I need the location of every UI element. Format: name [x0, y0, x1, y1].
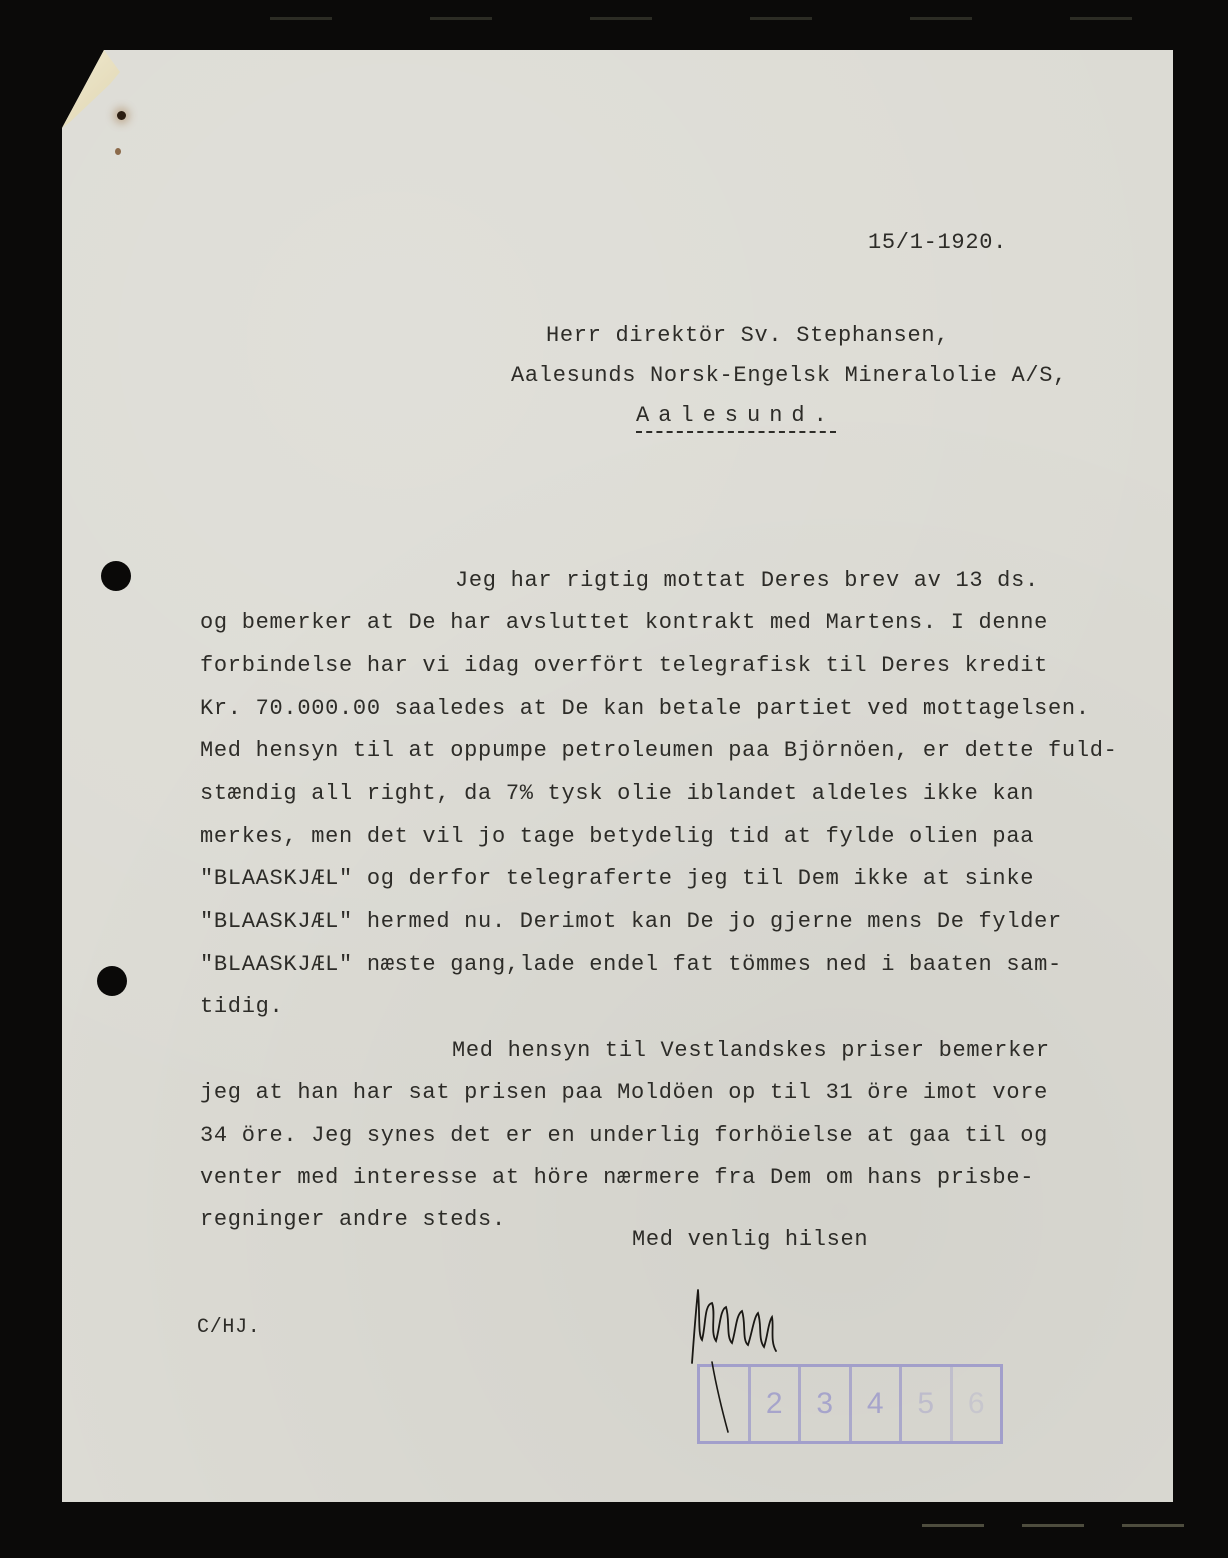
body-line: Kr. 70.000.00 saaledes at De kan betale …: [200, 698, 1090, 720]
rust-stain: [115, 148, 121, 155]
background-mark: [910, 17, 972, 20]
background-mark: [750, 17, 812, 20]
typist-initials: C/HJ.: [197, 1318, 261, 1338]
routing-stamp: 1 2 3 4 5 6: [697, 1364, 1003, 1444]
closing: Med venlig hilsen: [632, 1229, 868, 1251]
stamp-cell: 6: [953, 1367, 1001, 1441]
stamp-cell: 5: [902, 1367, 953, 1441]
body-line: Med hensyn til Vestlandskes priser bemer…: [452, 1040, 1050, 1062]
stamp-cell: 4: [852, 1367, 903, 1441]
stamp-cell: 3: [801, 1367, 852, 1441]
letter-page: [62, 50, 1173, 1502]
background-mark: [1122, 1524, 1184, 1527]
body-line: 34 öre. Jeg synes det er en underlig for…: [200, 1125, 1048, 1147]
body-line: Jeg har rigtig mottat Deres brev av 13 d…: [455, 570, 1039, 592]
check-mark-icon: [708, 1360, 738, 1435]
body-line: tidig.: [200, 996, 283, 1018]
rust-stain: [117, 111, 126, 120]
body-line: og bemerker at De har avsluttet kontrakt…: [200, 612, 1048, 634]
punch-hole: [101, 561, 131, 591]
background-mark: [430, 17, 492, 20]
background-mark: [1022, 1524, 1084, 1527]
body-line: "BLAASKJÆL" hermed nu. Derimot kan De jo…: [200, 911, 1062, 933]
stamp-cell: 2: [751, 1367, 802, 1441]
body-line: stændig all right, da 7% tysk olie iblan…: [200, 783, 1034, 805]
recipient-company: Aalesunds Norsk-Engelsk Mineralolie A/S,: [511, 365, 1067, 387]
background-mark: [1070, 17, 1132, 20]
recipient-city: Aalesund.: [636, 405, 836, 433]
signature: [684, 1285, 794, 1370]
body-line: "BLAASKJÆL" næste gang,lade endel fat tö…: [200, 954, 1062, 976]
background-mark: [270, 17, 332, 20]
body-line: forbindelse har vi idag overfört telegra…: [200, 655, 1048, 677]
body-line: jeg at han har sat prisen paa Moldöen op…: [200, 1082, 1048, 1104]
punch-hole: [97, 966, 127, 996]
letter-date: 15/1-1920.: [868, 232, 1007, 254]
background-mark: [590, 17, 652, 20]
body-line: "BLAASKJÆL" og derfor telegraferte jeg t…: [200, 868, 1034, 890]
body-line: merkes, men det vil jo tage betydelig ti…: [200, 826, 1034, 848]
body-line: Med hensyn til at oppumpe petroleumen pa…: [200, 740, 1118, 762]
body-line: venter med interesse at höre nærmere fra…: [200, 1167, 1034, 1189]
recipient-name: Herr direktör Sv. Stephansen,: [546, 325, 949, 347]
background-mark: [922, 1524, 984, 1527]
body-line: regninger andre steds.: [200, 1209, 506, 1231]
